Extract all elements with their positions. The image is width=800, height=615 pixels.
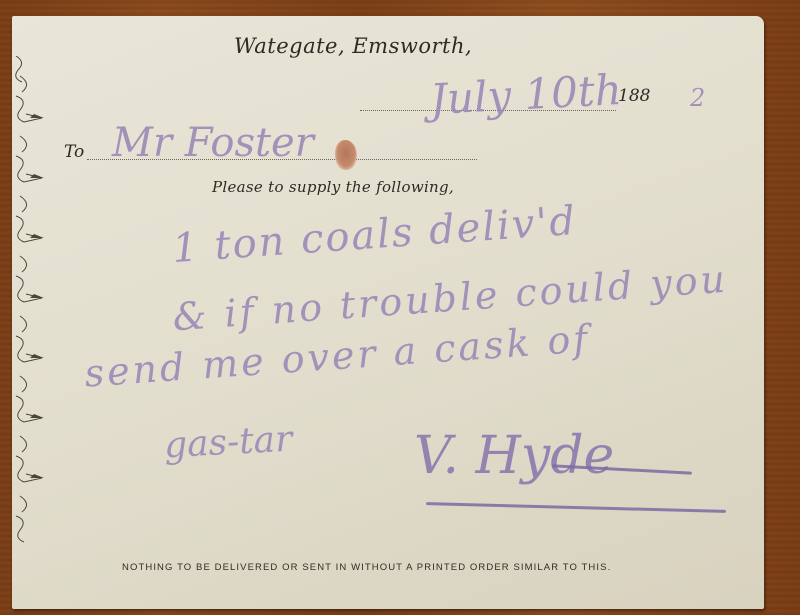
handwritten-signature: V. Hyde (414, 426, 614, 486)
handwritten-recipient: Mr Foster (112, 120, 314, 166)
handwritten-date: July 10th (429, 65, 623, 124)
printed-footer-notice: NOTHING TO BE DELIVERED OR SENT IN WITHO… (122, 562, 611, 573)
printed-address: Wategate, Emsworth, (234, 34, 472, 58)
handwritten-order-line-3: send me over a cask of (83, 316, 592, 395)
decorative-scroll-border-icon (12, 56, 50, 546)
order-form-paper: Wategate, Emsworth, 188 July 10th 2 To M… (12, 16, 764, 609)
printed-supply-instruction: Please to supply the following, (212, 178, 454, 196)
handwritten-order-line-1: 1 ton coals deliv'd (171, 198, 578, 272)
paper-damage-spot (335, 140, 357, 170)
printed-to-label: To (64, 142, 84, 162)
printed-year-prefix: 188 (618, 86, 650, 106)
handwritten-order-line-4: gas-tar (163, 419, 293, 467)
handwritten-year-digit: 2 (690, 84, 705, 112)
signature-underline (426, 502, 726, 513)
